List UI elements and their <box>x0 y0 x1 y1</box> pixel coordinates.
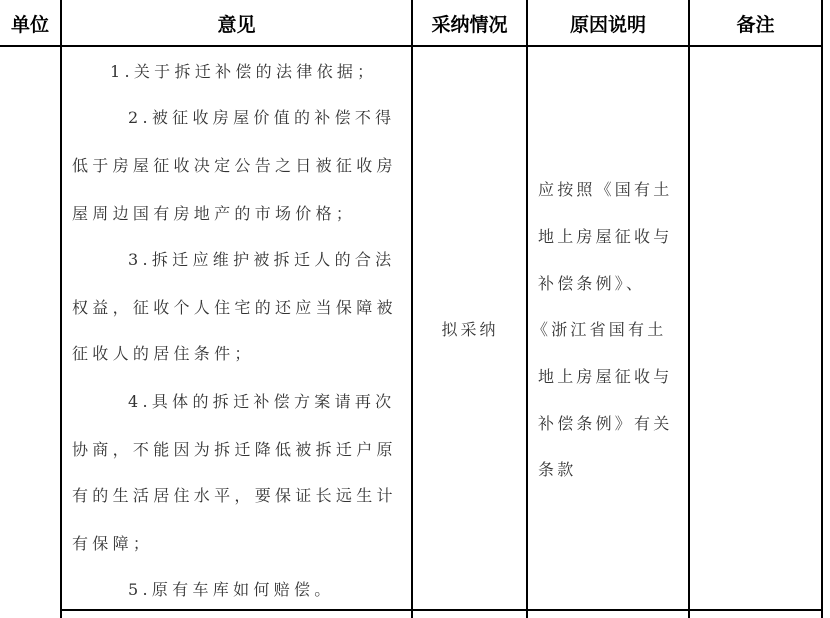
opinion-line: 权益，征收个人住宅的还应当保障被 <box>72 296 397 320</box>
opinion-line: 1.关于拆迁补偿的法律依据； <box>110 60 377 84</box>
column-divider-opinion-adoption <box>411 0 413 618</box>
reason-line: 地上房屋征收与 <box>538 225 672 249</box>
opinion-line: 征收人的居住条件； <box>72 342 255 366</box>
opinion-line: 有的生活居住水平，要保证长远生计 <box>72 484 397 508</box>
opinion-line: 3.拆迁应维护被拆迁人的合法 <box>128 248 395 272</box>
header-reason: 原因说明 <box>528 0 688 46</box>
opinion-line: 4.具体的拆迁补偿方案请再次 <box>128 390 395 414</box>
header-opinion: 意见 <box>62 0 411 46</box>
opinion-line: 有保障； <box>72 532 153 556</box>
opinion-line: 协商，不能因为拆迁降低被拆迁户原 <box>72 438 397 462</box>
remarks-cell <box>690 48 821 608</box>
unit-cell <box>0 48 60 608</box>
header-remarks: 备注 <box>690 0 821 46</box>
reason-line: 《浙江省国有土 <box>532 318 666 342</box>
header-unit: 单位 <box>0 0 60 46</box>
opinion-line: 屋周边国有房地产的市场价格； <box>72 202 356 226</box>
opinion-line: 2.被征收房屋价值的补偿不得 <box>128 106 395 130</box>
reason-line: 条款 <box>538 458 576 482</box>
header-adoption: 采纳情况 <box>413 0 526 46</box>
column-divider-adoption-reason <box>526 0 528 618</box>
opinion-line: 低于房屋征收决定公告之日被征收房 <box>72 154 397 178</box>
opinion-line: 5.原有车库如何赔偿。 <box>128 578 335 602</box>
column-divider-unit-opinion <box>60 0 62 618</box>
row-bottom-border <box>60 609 823 611</box>
adoption-status: 拟采纳 <box>414 317 526 340</box>
reason-line: 应按照《国有土 <box>538 178 672 202</box>
table-right-border <box>821 0 823 618</box>
reason-line: 补偿条例》有关 <box>538 412 672 436</box>
reason-line: 补偿条例》、 <box>538 272 645 296</box>
reason-line: 地上房屋征收与 <box>538 365 672 389</box>
